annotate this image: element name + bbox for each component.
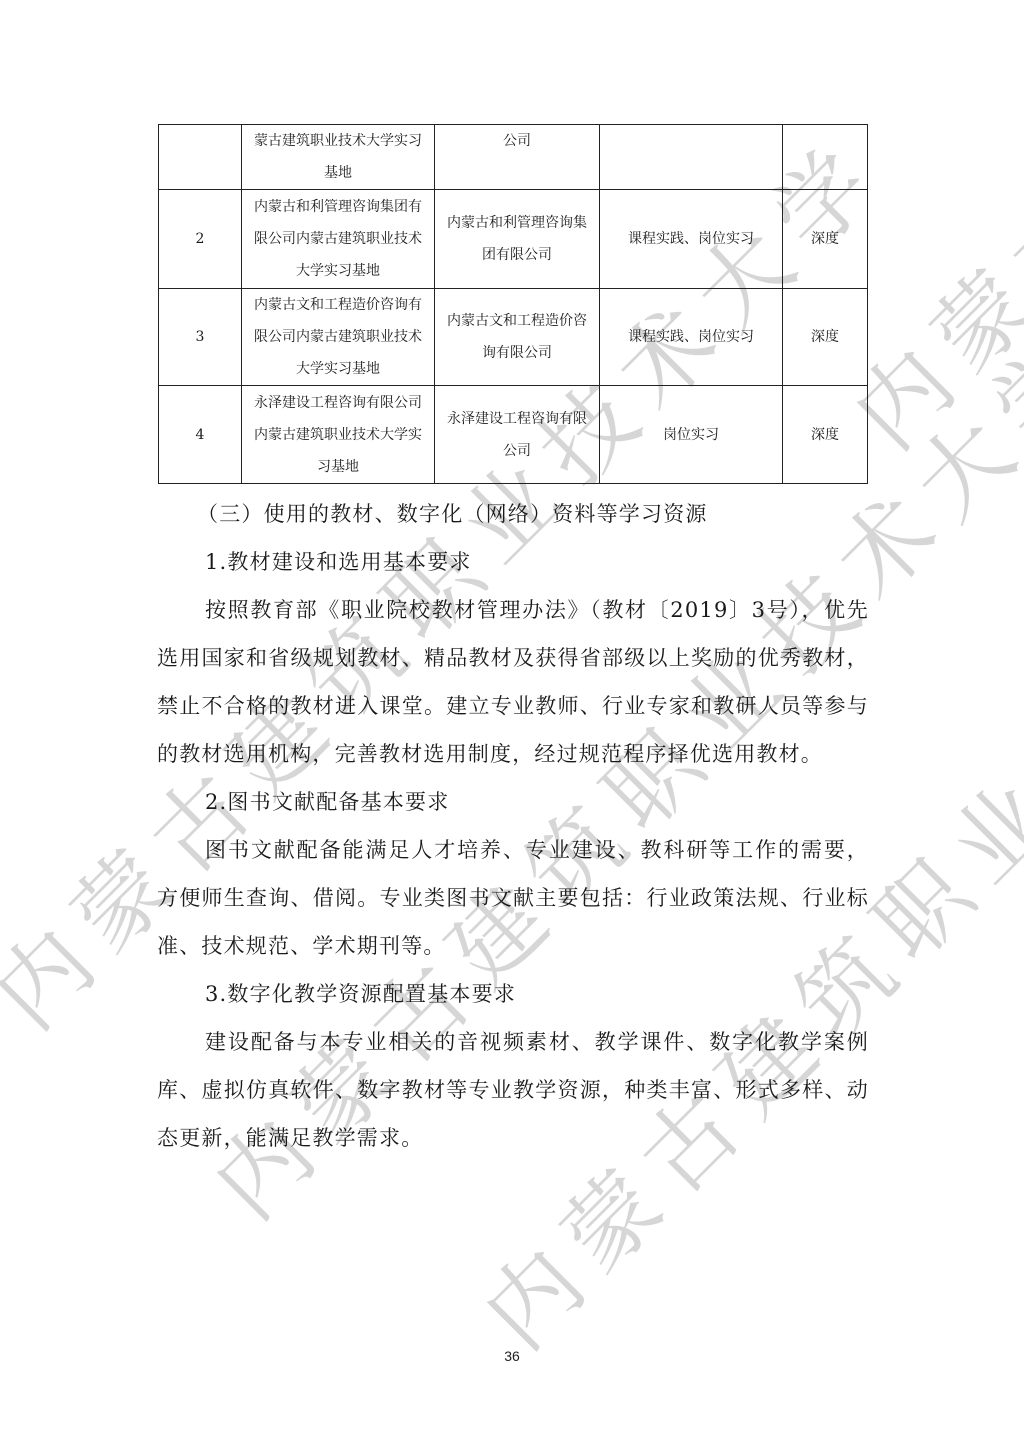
practice-base-table: 蒙古建筑职业技术大学实习基地 公司 2 内蒙古和利管理咨询集团有限公司内蒙古建筑…	[158, 124, 868, 484]
table-row: 4 永泽建设工程咨询有限公司内蒙古建筑职业技术大学实习基地 永泽建设工程咨询有限…	[159, 386, 868, 484]
content-cell	[600, 125, 783, 190]
row-number-cell: 3	[159, 289, 242, 386]
partner-cell: 内蒙古文和工程造价咨询有限公司	[435, 289, 600, 386]
cooperation-depth: 深度	[811, 223, 839, 255]
partner-name: 内蒙古文和工程造价咨询有限公司	[441, 305, 593, 369]
subsection-heading: 2.图书文献配备基本要求	[157, 778, 869, 826]
partner-name: 内蒙古和利管理咨询集团有限公司	[441, 207, 593, 271]
practice-content: 岗位实习	[663, 419, 719, 451]
base-name: 永泽建设工程咨询有限公司内蒙古建筑职业技术大学实习基地	[248, 387, 428, 483]
table-row: 2 内蒙古和利管理咨询集团有限公司内蒙古建筑职业技术大学实习基地 内蒙古和利管理…	[159, 190, 868, 289]
partner-cell: 公司	[435, 125, 600, 190]
content-cell: 课程实践、岗位实习	[600, 289, 783, 386]
content-cell: 课程实践、岗位实习	[600, 190, 783, 289]
base-name-cell: 永泽建设工程咨询有限公司内蒙古建筑职业技术大学实习基地	[242, 386, 435, 484]
subsection-body: 按照教育部《职业院校教材管理办法》（教材〔2019〕3号），优先选用国家和省级规…	[157, 586, 869, 778]
section-title: （三）使用的教材、数字化（网络）资料等学习资源	[157, 490, 869, 538]
practice-content: 课程实践、岗位实习	[628, 321, 754, 353]
base-name-cell: 蒙古建筑职业技术大学实习基地	[242, 125, 435, 190]
section-learning-resources: （三）使用的教材、数字化（网络）资料等学习资源 1.教材建设和选用基本要求 按照…	[157, 490, 869, 1162]
practice-content: 课程实践、岗位实习	[628, 223, 754, 255]
depth-cell	[783, 125, 868, 190]
depth-cell: 深度	[783, 386, 868, 484]
partner-name: 公司	[503, 125, 531, 157]
cooperation-depth: 深度	[811, 321, 839, 353]
document-page: 内蒙古建筑职业技术大学 内蒙古建筑职业技术大学 内蒙古建筑职业技术大学 内蒙古建…	[0, 0, 1024, 1448]
page-number: 36	[0, 1348, 1024, 1364]
base-name: 蒙古建筑职业技术大学实习基地	[248, 125, 428, 189]
base-name: 内蒙古和利管理咨询集团有限公司内蒙古建筑职业技术大学实习基地	[248, 191, 428, 287]
subsection-heading: 3.数字化教学资源配置基本要求	[157, 970, 869, 1018]
table-row: 蒙古建筑职业技术大学实习基地 公司	[159, 125, 868, 190]
partner-cell: 内蒙古和利管理咨询集团有限公司	[435, 190, 600, 289]
base-name-cell: 内蒙古和利管理咨询集团有限公司内蒙古建筑职业技术大学实习基地	[242, 190, 435, 289]
cooperation-depth: 深度	[811, 419, 839, 451]
partner-cell: 永泽建设工程咨询有限公司	[435, 386, 600, 484]
subsection-body: 建设配备与本专业相关的音视频素材、教学课件、数字化教学案例库、虚拟仿真软件、数字…	[157, 1018, 869, 1162]
content-cell: 岗位实习	[600, 386, 783, 484]
row-number-cell: 2	[159, 190, 242, 289]
base-name: 内蒙古文和工程造价咨询有限公司内蒙古建筑职业技术大学实习基地	[248, 289, 428, 385]
partner-name: 永泽建设工程咨询有限公司	[441, 403, 593, 467]
subsection-body: 图书文献配备能满足人才培养、专业建设、教科研等工作的需要，方便师生查询、借阅。专…	[157, 826, 869, 970]
subsection-heading: 1.教材建设和选用基本要求	[157, 538, 869, 586]
row-number-cell	[159, 125, 242, 190]
depth-cell: 深度	[783, 190, 868, 289]
row-number: 3	[196, 321, 205, 353]
table-row: 3 内蒙古文和工程造价咨询有限公司内蒙古建筑职业技术大学实习基地 内蒙古文和工程…	[159, 289, 868, 386]
row-number: 4	[196, 419, 205, 451]
base-name-cell: 内蒙古文和工程造价咨询有限公司内蒙古建筑职业技术大学实习基地	[242, 289, 435, 386]
row-number: 2	[196, 223, 205, 255]
row-number-cell: 4	[159, 386, 242, 484]
depth-cell: 深度	[783, 289, 868, 386]
